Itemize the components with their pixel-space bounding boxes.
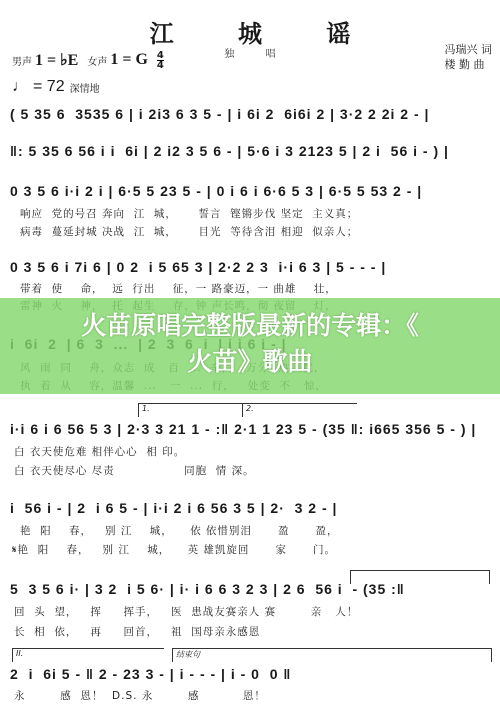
volta-final: II. bbox=[12, 648, 164, 662]
expression-mark: 深情地 bbox=[70, 80, 100, 95]
score-row-1: ( 5 35 6 3535 6 | i 2i3 6 3 5 - | i 6i 2… bbox=[10, 103, 495, 125]
key-male-label: 男声 bbox=[12, 53, 32, 68]
composer: 楼 勤 曲 bbox=[445, 57, 493, 72]
banner-line-1: 火苗原唱完整版最新的专辑：《 bbox=[0, 308, 500, 344]
lyricist: 冯瑞兴 词 bbox=[445, 42, 493, 57]
key-male: 1 = ♭E bbox=[35, 50, 78, 70]
score-row-3: 0 3 5 6 i·i 2 i | 6·5 5 23 5 - | 0 i 6 i… bbox=[10, 180, 495, 202]
score-row-2: ‖: 5 35 6 56 i i 6i | 2 i2 3 5 6 - | 5·6… bbox=[10, 140, 495, 162]
lyric-line: 白 衣天使尽心 尽责 同胞 情 深。 bbox=[14, 463, 484, 478]
key-female-label: 女声 bbox=[87, 53, 107, 68]
score-row-4: 0 3 5 6 i 7i 6 | 0 2 i 5 65 3 | 2·2 2 3 … bbox=[10, 256, 495, 278]
promo-banner-text: 火苗原唱完整版最新的专辑：《 火苗》歌曲 bbox=[0, 308, 500, 380]
time-signature: 4 4 bbox=[157, 51, 164, 70]
lyric-line: 病毒 蔓延封城 决战 江 城， 目光 等待含泪 相迎 似亲人； bbox=[20, 224, 490, 239]
tempo-value: = 72 bbox=[33, 78, 65, 96]
lyric-line: 响应 党的号召 奔向 江 城， 誓言 铿锵步伐 坚定 主义真； bbox=[20, 206, 490, 221]
lyric-line: 永 感 恩！ D.S. 永 感 恩！ bbox=[14, 688, 484, 703]
lyric-line: 长 相 依， 再 回首， 祖 国母亲永感恩 bbox=[14, 624, 484, 639]
volta-1: 1. bbox=[138, 403, 245, 417]
coda-bracket: 结束句 bbox=[172, 648, 492, 662]
quarter-note-icon: ♩ bbox=[12, 78, 28, 96]
song-title: 江 城 谣 bbox=[0, 14, 500, 49]
lyric-line: 带着 使 命， 远 行出 征，一 路豪迈，一 曲雄 壮， bbox=[20, 281, 490, 296]
score-row-9: 2 i 6i 5 - ‖ 2 - 23 3 - | i - - - | i - … bbox=[10, 663, 495, 685]
banner-line-2: 火苗》歌曲 bbox=[0, 344, 500, 380]
score-row-8: 5 3 5 6 i· | 3 2 i 5 6· | i· i 6 6 3 2 3… bbox=[10, 578, 495, 600]
lyric-line: 艳 阳 春， 别 江 城， 依 依惜别泪 盈 盈， bbox=[20, 523, 490, 538]
score-row-6: i·i 6 i 6 56 5 3 | 2·3 3 21 1 - :‖ 2·1 1… bbox=[10, 418, 495, 440]
key-signature: 男声 1 = ♭E 女声 1 = G 4 4 bbox=[12, 50, 164, 70]
sheet-music-page: 江 城 谣 独 唱 冯瑞兴 词 楼 勤 曲 男声 1 = ♭E 女声 1 = G… bbox=[0, 0, 500, 707]
lyric-line: 𝄋艳 阳 春， 别 江 城， 英 雄凯旋回 家 门。 bbox=[12, 542, 482, 557]
tempo-marking: ♩ = 72 深情地 bbox=[12, 78, 100, 96]
credits: 冯瑞兴 词 楼 勤 曲 bbox=[445, 42, 493, 72]
lyric-line: 白 衣天使危难 相伴心心 相 印。 bbox=[14, 444, 484, 459]
volta-2: 2. bbox=[242, 403, 357, 417]
score-row-7: i 56 i - | 2 i 6 5 - | i·i 2 i 6 56 3 5 … bbox=[10, 497, 495, 519]
key-female: 1 = G bbox=[110, 51, 148, 69]
lyric-line: 回 头 望， 挥 挥手， 医 患战友赛亲人 赛 亲 人！ bbox=[14, 604, 484, 619]
